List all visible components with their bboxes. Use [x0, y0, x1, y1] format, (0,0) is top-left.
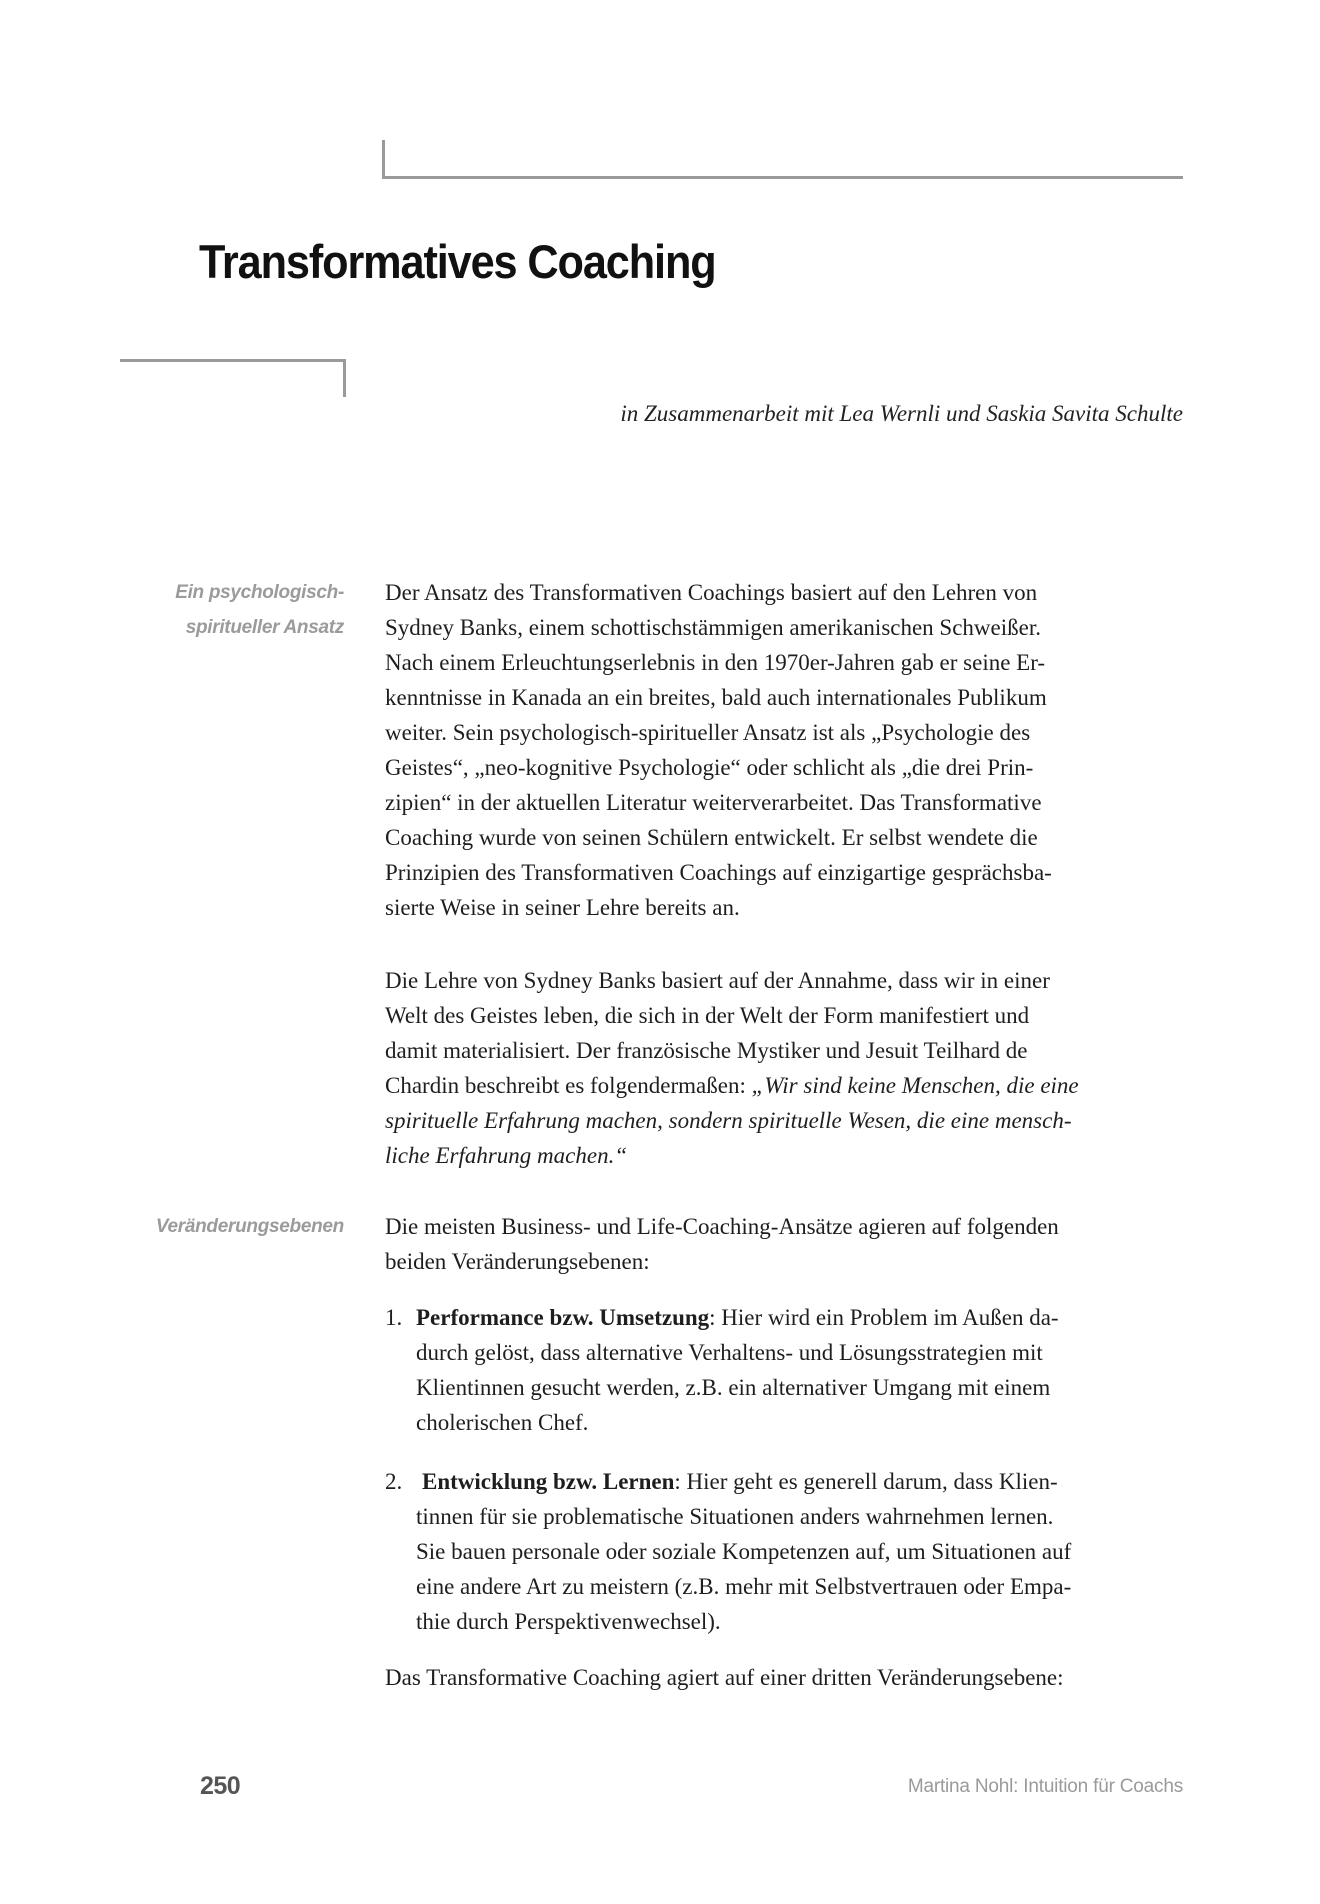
text-line: Nach einem Erleuchtungserlebnis in den 1… [385, 645, 1205, 680]
margin-label-line: spiritueller Ansatz [114, 610, 344, 645]
paragraph-1: Der Ansatz des Transformativen Coachings… [385, 575, 1205, 925]
text-line: eine andere Art zu meistern (z.B. mehr m… [416, 1569, 1206, 1604]
chapter-subtitle: in Zusammenarbeit mit Lea Wernli und Sas… [620, 399, 1183, 429]
quote-line: spirituelle Erfahrung machen, sondern sp… [385, 1103, 1205, 1138]
list-number: 2. [385, 1464, 402, 1499]
chapter-title: Transformatives Coaching [199, 234, 716, 290]
margin-label-veraenderungsebenen: Veränderungsebenen [114, 1209, 344, 1244]
quote-run: „Wir sind keine Menschen, die eine [752, 1073, 1079, 1098]
text-line: thie durch Perspektivenwechsel). [416, 1604, 1206, 1639]
text-run: : Hier geht es generell darum, dass Klie… [674, 1469, 1057, 1494]
quote-line: liche Erfahrung machen.“ [385, 1138, 1205, 1173]
text-line: Chardin beschreibt es folgendermaßen: „W… [385, 1068, 1205, 1103]
text-line: Die Lehre von Sydney Banks basiert auf d… [385, 963, 1205, 998]
list-term: Performance bzw. Umsetzung [416, 1305, 709, 1330]
margin-label-psychologisch-spiritueller-ansatz: Ein psychologisch- spiritueller Ansatz [114, 575, 344, 645]
margin-label-line: Ein psychologisch- [114, 575, 344, 610]
text-line: weiter. Sein psychologisch-spiritueller … [385, 715, 1205, 750]
side-bracket-vertical-rule [343, 359, 346, 397]
text-line: kenntnisse in Kanada an ein breites, bal… [385, 680, 1205, 715]
text-line: Coaching wurde von seinen Schülern entwi… [385, 820, 1205, 855]
list-item-body: Entwicklung bzw. Lernen: Hier geht es ge… [416, 1464, 1206, 1639]
page-number: 250 [200, 1771, 240, 1801]
text-line: cholerischen Chef. [416, 1405, 1206, 1440]
text-line: tinnen für sie problematische Situatione… [416, 1499, 1206, 1534]
text-run: : Hier wird ein Problem im Außen da- [709, 1305, 1058, 1330]
text-line: Sydney Banks, einem schottischstämmigen … [385, 610, 1205, 645]
text-line: Prinzipien des Transformativen Coachings… [385, 855, 1205, 890]
text-line: damit materialisiert. Der französische M… [385, 1033, 1205, 1068]
text-line: sierte Weise in seiner Lehre bereits an. [385, 890, 1205, 925]
text-line: Sie bauen personale oder soziale Kompete… [416, 1534, 1206, 1569]
paragraph-2: Die Lehre von Sydney Banks basiert auf d… [385, 963, 1205, 1173]
text-line: Geistes“, „neo-kognitive Psychologie“ od… [385, 750, 1205, 785]
text-line: Das Transformative Coaching agiert auf e… [385, 1660, 1205, 1695]
text-line: Performance bzw. Umsetzung: Hier wird ei… [416, 1300, 1206, 1335]
text-line: Welt des Geistes leben, die sich in der … [385, 998, 1205, 1033]
side-bracket-horizontal-rule [120, 359, 346, 362]
paragraph-3: Die meisten Business- und Life-Coaching-… [385, 1209, 1205, 1279]
text-run: Chardin beschreibt es folgendermaßen: [385, 1073, 752, 1098]
margin-label-line: Veränderungsebenen [114, 1209, 344, 1244]
paragraph-4: Das Transformative Coaching agiert auf e… [385, 1660, 1205, 1695]
text-line: durch gelöst, dass alternative Verhalten… [416, 1335, 1206, 1370]
text-line: Klientinnen gesucht werden, z.B. ein alt… [416, 1370, 1206, 1405]
running-footer-title: Martina Nohl: Intuition für Coachs [908, 1773, 1183, 1801]
top-bracket-horizontal-rule [382, 176, 1183, 179]
text-line: Entwicklung bzw. Lernen: Hier geht es ge… [416, 1464, 1206, 1499]
top-bracket-vertical-rule [382, 140, 385, 179]
text-line: Der Ansatz des Transformativen Coachings… [385, 575, 1205, 610]
list-term: Entwicklung bzw. Lernen [422, 1469, 674, 1494]
text-line: zipien“ in der aktuellen Literatur weite… [385, 785, 1205, 820]
list-number: 1. [385, 1300, 402, 1335]
text-line: beiden Veränderungsebenen: [385, 1244, 1205, 1279]
text-line: Die meisten Business- und Life-Coaching-… [385, 1209, 1205, 1244]
list-item-body: Performance bzw. Umsetzung: Hier wird ei… [416, 1300, 1206, 1440]
